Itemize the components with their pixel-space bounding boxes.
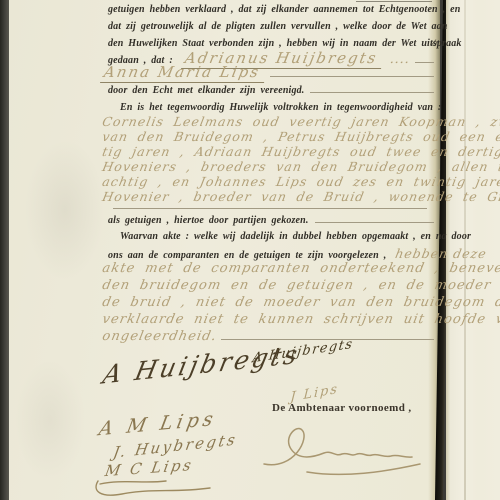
closing-last-row: ongeleerdheid. <box>101 329 434 344</box>
fill-rule <box>270 76 434 77</box>
getuigen-row: als getuigen , hiertoe door partijen gek… <box>108 214 434 227</box>
ambtenaar-printed-label: De Ambtenaar voornoemd , <box>272 402 412 414</box>
fill-rule <box>310 92 434 93</box>
printed-line: getuigen hebben verklaard , dat zij elka… <box>108 3 460 16</box>
witness-text: van den Bruidegom , Petrus Huijbregts ou… <box>101 129 500 144</box>
page-stain <box>25 140 105 280</box>
photo-border <box>0 0 9 500</box>
printed-line: dat zij getrouwelijk al de pligten zulle… <box>108 20 447 33</box>
fill-rule <box>315 222 434 223</box>
printed-line: als getuigen , hiertoe door partijen gek… <box>108 214 309 227</box>
closing-text: den bruidegom en de getuigen , en de moe… <box>101 278 500 293</box>
closing-text: akte met de comparanten onderteekend , b… <box>101 261 500 276</box>
vereenigd-row: door den Echt met elkander zijn vereenig… <box>108 84 434 97</box>
witness-text: tig jaren , Adriaan Huijbregts oud twee … <box>101 144 500 159</box>
closing-text: de bruid , niet de moeder van den bruide… <box>101 295 500 310</box>
witness-text: Cornelis Leelmans oud veertig jaren Koop… <box>101 114 500 129</box>
witness-heading: En is het tegenwoordig Huwelijk voltrokk… <box>108 101 441 114</box>
page-stain <box>15 360 85 480</box>
bride-name-row: Anna Maria Lips <box>100 63 434 83</box>
closing-text: verklaarde niet te kunnen schrijven uit … <box>101 312 500 327</box>
printed-line: door den Echt met elkander zijn vereenig… <box>108 84 304 97</box>
marriage-act-photograph: // getuigen hebben verklaard , dat zij e… <box>0 0 500 500</box>
voorgelezen-row: ons aan de comparanten en de getuigen te… <box>108 246 434 262</box>
partial-signature-flourish-icon <box>90 478 215 500</box>
witness-text: achtig , en Johannes Lips oud zes en twi… <box>101 174 500 189</box>
closing-text: ongeleerdheid. <box>101 329 218 344</box>
previous-line-fragment <box>356 1 432 2</box>
witness-text: Hoveniers , broeders van den Bruidegom ,… <box>101 159 500 174</box>
witness-text: Hovenier , broeder van de Bruid , wonend… <box>101 189 500 204</box>
bride-name: Anna Maria Lips <box>100 63 268 83</box>
ambtenaar-signature-flourish-icon <box>252 420 427 478</box>
closing-text-inline: hebben deze <box>394 246 488 261</box>
fill-rule <box>113 208 427 209</box>
printed-line: Waarvan akte : welke wij dadelijk in dub… <box>108 230 471 243</box>
